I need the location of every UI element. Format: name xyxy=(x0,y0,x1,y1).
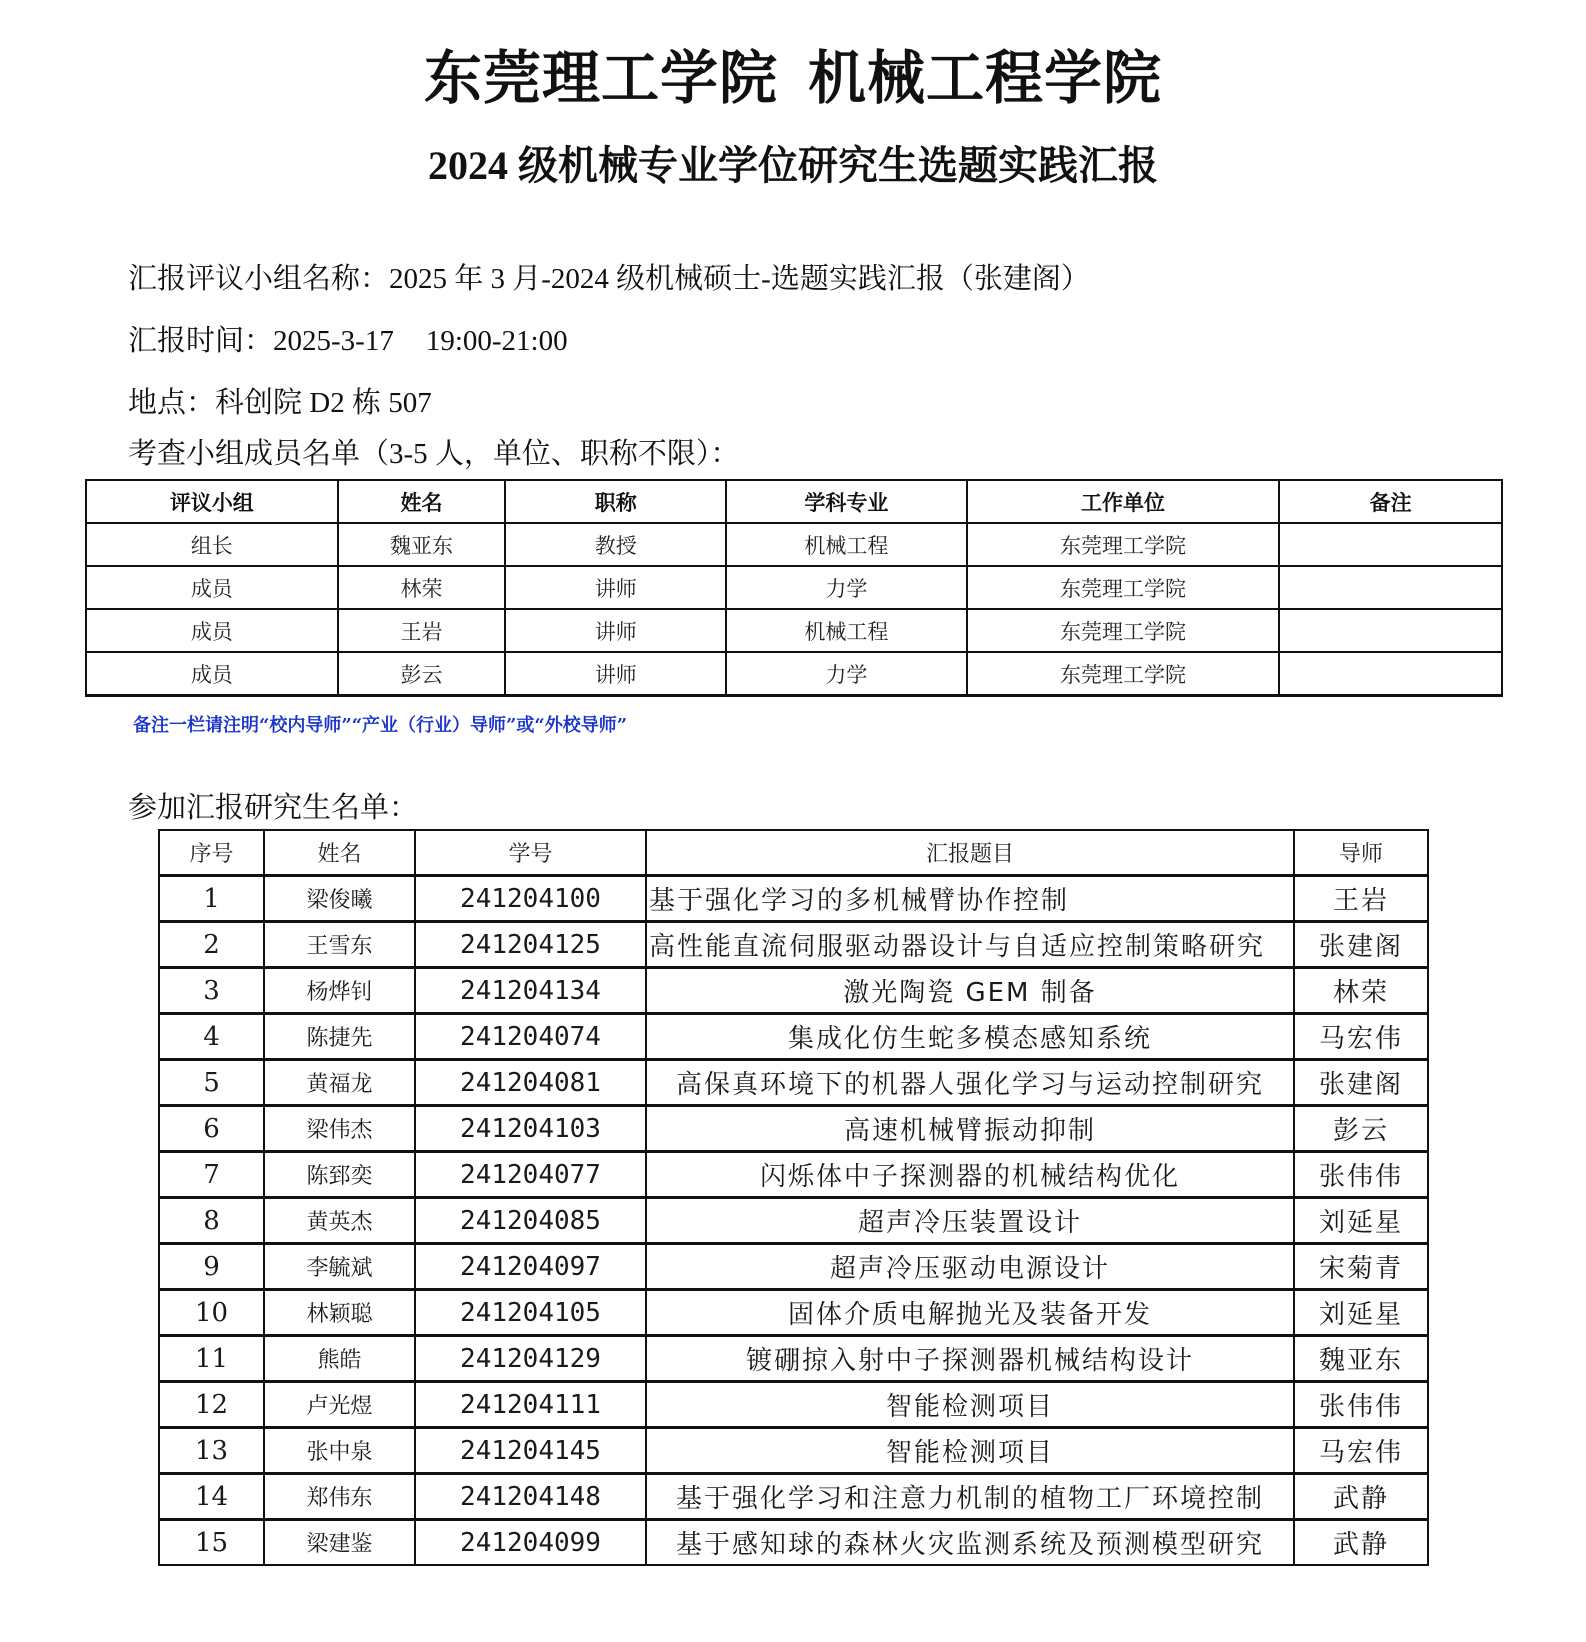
advisor-cell: 张建阁 xyxy=(1294,922,1428,968)
name-cell: 林荣 xyxy=(338,566,506,609)
topic-cell: 基于强化学习的多机械臂协作控制 xyxy=(646,876,1294,922)
student-id-cell: 241204129 xyxy=(415,1336,646,1382)
panel-table-row: 成员 彭云 讲师 力学 东莞理工学院 xyxy=(86,652,1502,696)
role-cell: 成员 xyxy=(86,566,338,609)
topic-cell: 高速机械臂振动抑制 xyxy=(646,1106,1294,1152)
title-cell: 讲师 xyxy=(505,566,726,609)
advisor-cell: 王岩 xyxy=(1294,876,1428,922)
role-cell: 成员 xyxy=(86,652,338,696)
location-line: 地点：科创院 D2 栋 507 xyxy=(128,383,432,423)
remark-cell xyxy=(1279,609,1502,652)
discipline-cell: 力学 xyxy=(726,652,967,696)
student-name-cell: 张中泉 xyxy=(264,1428,415,1474)
advisor-cell: 马宏伟 xyxy=(1294,1428,1428,1474)
advisor-cell: 武静 xyxy=(1294,1474,1428,1520)
student-id-cell: 241204097 xyxy=(415,1244,646,1290)
seq-cell: 15 xyxy=(159,1520,264,1566)
student-id-cell: 241204085 xyxy=(415,1198,646,1244)
seq-cell: 9 xyxy=(159,1244,264,1290)
seq-cell: 11 xyxy=(159,1336,264,1382)
group-name-label: 汇报评议小组名称： xyxy=(128,263,389,295)
unit-cell: 东莞理工学院 xyxy=(967,652,1280,696)
topic-cell: 智能检测项目 xyxy=(646,1428,1294,1474)
student-row: 9 李毓斌 241204097 超声冷压驱动电源设计 宋菊青 xyxy=(159,1244,1428,1290)
advisor-cell: 武静 xyxy=(1294,1520,1428,1566)
topic-cell: 高性能直流伺服驱动器设计与自适应控制策略研究 xyxy=(646,922,1294,968)
header-advisor: 导师 xyxy=(1294,830,1428,876)
student-id-cell: 241204134 xyxy=(415,968,646,1014)
student-id-cell: 241204100 xyxy=(415,876,646,922)
topic-cell: 超声冷压装置设计 xyxy=(646,1198,1294,1244)
student-id-cell: 241204081 xyxy=(415,1060,646,1106)
panel-table-row: 成员 林荣 讲师 力学 东莞理工学院 xyxy=(86,566,1502,609)
header-discipline: 学科专业 xyxy=(726,480,967,523)
student-id-cell: 241204105 xyxy=(415,1290,646,1336)
topic-cell: 闪烁体中子探测器的机械结构优化 xyxy=(646,1152,1294,1198)
panel-list-label: 考查小组成员名单（3-5 人，单位、职称不限）： xyxy=(128,434,739,474)
time-date: 2025-3-17 xyxy=(273,325,394,357)
student-row: 6 梁伟杰 241204103 高速机械臂振动抑制 彭云 xyxy=(159,1106,1428,1152)
student-name-cell: 梁建鉴 xyxy=(264,1520,415,1566)
topic-cell: 超声冷压驱动电源设计 xyxy=(646,1244,1294,1290)
student-row: 7 陈郅奕 241204077 闪烁体中子探测器的机械结构优化 张伟伟 xyxy=(159,1152,1428,1198)
student-id-cell: 241204103 xyxy=(415,1106,646,1152)
name-cell: 王岩 xyxy=(338,609,506,652)
group-name-line: 汇报评议小组名称：2025 年 3 月-2024 级机械硕士-选题实践汇报（张建… xyxy=(128,259,1090,299)
unit-cell: 东莞理工学院 xyxy=(967,566,1280,609)
panel-table-row: 组长 魏亚东 教授 机械工程 东莞理工学院 xyxy=(86,523,1502,566)
seq-cell: 4 xyxy=(159,1014,264,1060)
students-list-label: 参加汇报研究生名单： xyxy=(128,788,418,828)
student-name-cell: 郑伟东 xyxy=(264,1474,415,1520)
location-label: 地点： xyxy=(128,387,215,419)
advisor-cell: 马宏伟 xyxy=(1294,1014,1428,1060)
student-table-header-row: 序号 姓名 学号 汇报题目 导师 xyxy=(159,830,1428,876)
student-row: 1 梁俊曦 241204100 基于强化学习的多机械臂协作控制 王岩 xyxy=(159,876,1428,922)
remark-note: 备注一栏请注明“校内导师”“产业（行业）导师”或“外校导师” xyxy=(133,711,627,737)
unit-cell: 东莞理工学院 xyxy=(967,609,1280,652)
advisor-cell: 彭云 xyxy=(1294,1106,1428,1152)
student-name-cell: 黄福龙 xyxy=(264,1060,415,1106)
remark-cell xyxy=(1279,566,1502,609)
unit-cell: 东莞理工学院 xyxy=(967,523,1280,566)
student-name-cell: 李毓斌 xyxy=(264,1244,415,1290)
header-topic: 汇报题目 xyxy=(646,830,1294,876)
discipline-cell: 力学 xyxy=(726,566,967,609)
student-row: 15 梁建鉴 241204099 基于感知球的森林火灾监测系统及预测模型研究 武… xyxy=(159,1520,1428,1566)
student-id-cell: 241204145 xyxy=(415,1428,646,1474)
seq-cell: 8 xyxy=(159,1198,264,1244)
student-name-cell: 梁伟杰 xyxy=(264,1106,415,1152)
header-student-id: 学号 xyxy=(415,830,646,876)
topic-cell: 集成化仿生蛇多模态感知系统 xyxy=(646,1014,1294,1060)
advisor-cell: 刘延星 xyxy=(1294,1198,1428,1244)
student-row: 12 卢光煜 241204111 智能检测项目 张伟伟 xyxy=(159,1382,1428,1428)
student-row: 14 郑伟东 241204148 基于强化学习和注意力机制的植物工厂环境控制 武… xyxy=(159,1474,1428,1520)
discipline-cell: 机械工程 xyxy=(726,609,967,652)
topic-cell: 高保真环境下的机器人强化学习与运动控制研究 xyxy=(646,1060,1294,1106)
document-title: 东莞理工学院机械工程学院 xyxy=(0,44,1586,114)
student-id-cell: 241204074 xyxy=(415,1014,646,1060)
panel-table-header-row: 评议小组 姓名 职称 学科专业 工作单位 备注 xyxy=(86,480,1502,523)
student-id-cell: 241204111 xyxy=(415,1382,646,1428)
student-name-cell: 黄英杰 xyxy=(264,1198,415,1244)
advisor-cell: 张伟伟 xyxy=(1294,1152,1428,1198)
student-id-cell: 241204148 xyxy=(415,1474,646,1520)
school-name: 机械工程学院 xyxy=(808,46,1162,111)
discipline-cell: 机械工程 xyxy=(726,523,967,566)
advisor-cell: 林荣 xyxy=(1294,968,1428,1014)
seq-cell: 10 xyxy=(159,1290,264,1336)
name-cell: 彭云 xyxy=(338,652,506,696)
university-name: 东莞理工学院 xyxy=(424,46,778,111)
time-range: 19:00-21:00 xyxy=(426,325,568,357)
header-remark: 备注 xyxy=(1279,480,1502,523)
title-cell: 教授 xyxy=(505,523,726,566)
role-cell: 组长 xyxy=(86,523,338,566)
student-name-cell: 卢光煜 xyxy=(264,1382,415,1428)
time-label: 汇报时间： xyxy=(128,325,273,357)
student-row: 11 熊皓 241204129 镀硼掠入射中子探测器机械结构设计 魏亚东 xyxy=(159,1336,1428,1382)
student-id-cell: 241204077 xyxy=(415,1152,646,1198)
advisor-cell: 宋菊青 xyxy=(1294,1244,1428,1290)
student-row: 8 黄英杰 241204085 超声冷压装置设计 刘延星 xyxy=(159,1198,1428,1244)
student-name-cell: 陈郅奕 xyxy=(264,1152,415,1198)
header-seq: 序号 xyxy=(159,830,264,876)
location-value: 科创院 D2 栋 507 xyxy=(215,387,432,419)
student-row: 5 黄福龙 241204081 高保真环境下的机器人强化学习与运动控制研究 张建… xyxy=(159,1060,1428,1106)
header-name: 姓名 xyxy=(338,480,506,523)
advisor-cell: 张伟伟 xyxy=(1294,1382,1428,1428)
seq-cell: 12 xyxy=(159,1382,264,1428)
panel-table-row: 成员 王岩 讲师 机械工程 东莞理工学院 xyxy=(86,609,1502,652)
student-row: 3 杨烨钊 241204134 激光陶瓷 GEM 制备 林荣 xyxy=(159,968,1428,1014)
remark-cell xyxy=(1279,652,1502,696)
header-role: 评议小组 xyxy=(86,480,338,523)
header-title: 职称 xyxy=(505,480,726,523)
student-table: 序号 姓名 学号 汇报题目 导师 1 梁俊曦 241204100 基于强化学习的… xyxy=(158,829,1429,1566)
student-name-cell: 王雪东 xyxy=(264,922,415,968)
seq-cell: 7 xyxy=(159,1152,264,1198)
student-row: 4 陈捷先 241204074 集成化仿生蛇多模态感知系统 马宏伟 xyxy=(159,1014,1428,1060)
title-cell: 讲师 xyxy=(505,652,726,696)
topic-cell: 智能检测项目 xyxy=(646,1382,1294,1428)
header-student-name: 姓名 xyxy=(264,830,415,876)
student-name-cell: 林颖聪 xyxy=(264,1290,415,1336)
student-row: 2 王雪东 241204125 高性能直流伺服驱动器设计与自适应控制策略研究 张… xyxy=(159,922,1428,968)
advisor-cell: 张建阁 xyxy=(1294,1060,1428,1106)
time-line: 汇报时间：2025-3-1719:00-21:00 xyxy=(128,321,568,361)
remark-cell xyxy=(1279,523,1502,566)
group-name-value: 2025 年 3 月-2024 级机械硕士-选题实践汇报（张建阁） xyxy=(389,263,1090,295)
seq-cell: 3 xyxy=(159,968,264,1014)
topic-cell: 镀硼掠入射中子探测器机械结构设计 xyxy=(646,1336,1294,1382)
seq-cell: 14 xyxy=(159,1474,264,1520)
review-panel-table: 评议小组 姓名 职称 学科专业 工作单位 备注 组长 魏亚东 教授 机械工程 东… xyxy=(85,479,1503,697)
topic-cell: 激光陶瓷 GEM 制备 xyxy=(646,968,1294,1014)
advisor-cell: 刘延星 xyxy=(1294,1290,1428,1336)
seq-cell: 1 xyxy=(159,876,264,922)
student-row: 10 林颖聪 241204105 固体介质电解抛光及装备开发 刘延星 xyxy=(159,1290,1428,1336)
seq-cell: 5 xyxy=(159,1060,264,1106)
topic-cell: 基于强化学习和注意力机制的植物工厂环境控制 xyxy=(646,1474,1294,1520)
student-id-cell: 241204125 xyxy=(415,922,646,968)
title-cell: 讲师 xyxy=(505,609,726,652)
advisor-cell: 魏亚东 xyxy=(1294,1336,1428,1382)
seq-cell: 6 xyxy=(159,1106,264,1152)
student-name-cell: 梁俊曦 xyxy=(264,876,415,922)
role-cell: 成员 xyxy=(86,609,338,652)
student-id-cell: 241204099 xyxy=(415,1520,646,1566)
topic-cell: 固体介质电解抛光及装备开发 xyxy=(646,1290,1294,1336)
seq-cell: 2 xyxy=(159,922,264,968)
header-unit: 工作单位 xyxy=(967,480,1280,523)
student-name-cell: 熊皓 xyxy=(264,1336,415,1382)
topic-cell: 基于感知球的森林火灾监测系统及预测模型研究 xyxy=(646,1520,1294,1566)
student-name-cell: 陈捷先 xyxy=(264,1014,415,1060)
name-cell: 魏亚东 xyxy=(338,523,506,566)
student-row: 13 张中泉 241204145 智能检测项目 马宏伟 xyxy=(159,1428,1428,1474)
document-subtitle: 2024 级机械专业学位研究生选题实践汇报 xyxy=(0,140,1586,192)
student-name-cell: 杨烨钊 xyxy=(264,968,415,1014)
seq-cell: 13 xyxy=(159,1428,264,1474)
